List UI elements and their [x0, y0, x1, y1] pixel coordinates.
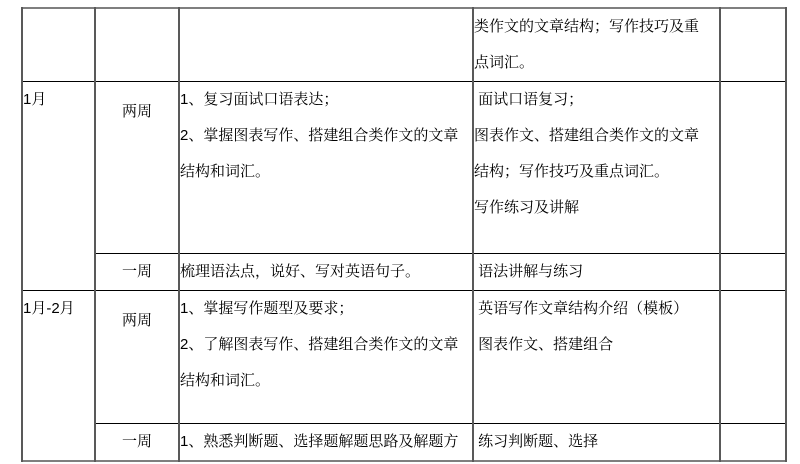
content-cell: 语法讲解与练习	[473, 254, 720, 291]
duration-cell: 一周	[95, 424, 179, 462]
cell-line: 图表作文、搭建组合	[474, 327, 719, 363]
cell-line: 练习判断题、选择	[474, 424, 719, 460]
tasks-cell	[179, 8, 473, 82]
cell-line: 结构和词汇。	[180, 154, 472, 190]
month-cell: 1月-2月	[22, 291, 95, 462]
study-plan-table: 类作文的文章结构；写作技巧及重 点词汇。 1月 两周 1、复习面试口语表达； 2…	[21, 7, 787, 462]
content-cell: 面试口语复习； 图表作文、搭建组合类作文的文章 结构；写作技巧及重点词汇。 写作…	[473, 82, 720, 254]
table-row: 一周 梳理语法点，说好、写对英语句子。 语法讲解与练习	[22, 254, 786, 291]
duration-cell: 两周	[95, 291, 179, 424]
cell-line: 结构和词汇。	[180, 363, 472, 399]
cell-line: 结构；写作技巧及重点词汇。	[474, 154, 719, 190]
tasks-cell: 1、复习面试口语表达； 2、掌握图表写作、搭建组合类作文的文章 结构和词汇。	[179, 82, 473, 254]
duration-cell: 一周	[95, 254, 179, 291]
cell-line: 1、复习面试口语表达；	[180, 82, 472, 118]
tasks-cell: 1、熟悉判断题、选择题解题思路及解题方	[179, 424, 473, 462]
content-cell: 练习判断题、选择	[473, 424, 720, 462]
content-cell: 英语写作文章结构介绍（模板） 图表作文、搭建组合	[473, 291, 720, 424]
cell-line: 写作练习及讲解	[474, 190, 719, 226]
tasks-cell: 1、掌握写作题型及要求； 2、了解图表写作、搭建组合类作文的文章 结构和词汇。	[179, 291, 473, 424]
cell-line: 梳理语法点，说好、写对英语句子。	[180, 254, 472, 290]
notes-cell	[720, 424, 786, 462]
cell-line: 2、了解图表写作、搭建组合类作文的文章	[180, 327, 472, 363]
cell-line: 英语写作文章结构介绍（模板）	[474, 291, 719, 327]
table-row: 类作文的文章结构；写作技巧及重 点词汇。	[22, 8, 786, 82]
notes-cell	[720, 82, 786, 254]
cell-line: 2、掌握图表写作、搭建组合类作文的文章	[180, 118, 472, 154]
cell-line: 语法讲解与练习	[474, 254, 719, 290]
cell-line: 图表作文、搭建组合类作文的文章	[474, 118, 719, 154]
notes-cell	[720, 291, 786, 424]
duration-cell: 两周	[95, 82, 179, 254]
table-row: 一周 1、熟悉判断题、选择题解题思路及解题方 练习判断题、选择	[22, 424, 786, 462]
notes-cell	[720, 8, 786, 82]
month-cell	[22, 8, 95, 82]
notes-cell	[720, 254, 786, 291]
cell-line: 类作文的文章结构；写作技巧及重	[474, 9, 719, 45]
cell-line: 点词汇。	[474, 45, 719, 81]
duration-cell	[95, 8, 179, 82]
month-cell: 1月	[22, 82, 95, 291]
content-cell: 类作文的文章结构；写作技巧及重 点词汇。	[473, 8, 720, 82]
cell-line: 1、掌握写作题型及要求；	[180, 291, 472, 327]
cell-line: 面试口语复习；	[474, 82, 719, 118]
cell-line: 1、熟悉判断题、选择题解题思路及解题方	[180, 424, 472, 460]
tasks-cell: 梳理语法点，说好、写对英语句子。	[179, 254, 473, 291]
table-row: 1月-2月 两周 1、掌握写作题型及要求； 2、了解图表写作、搭建组合类作文的文…	[22, 291, 786, 424]
table-row: 1月 两周 1、复习面试口语表达； 2、掌握图表写作、搭建组合类作文的文章 结构…	[22, 82, 786, 254]
